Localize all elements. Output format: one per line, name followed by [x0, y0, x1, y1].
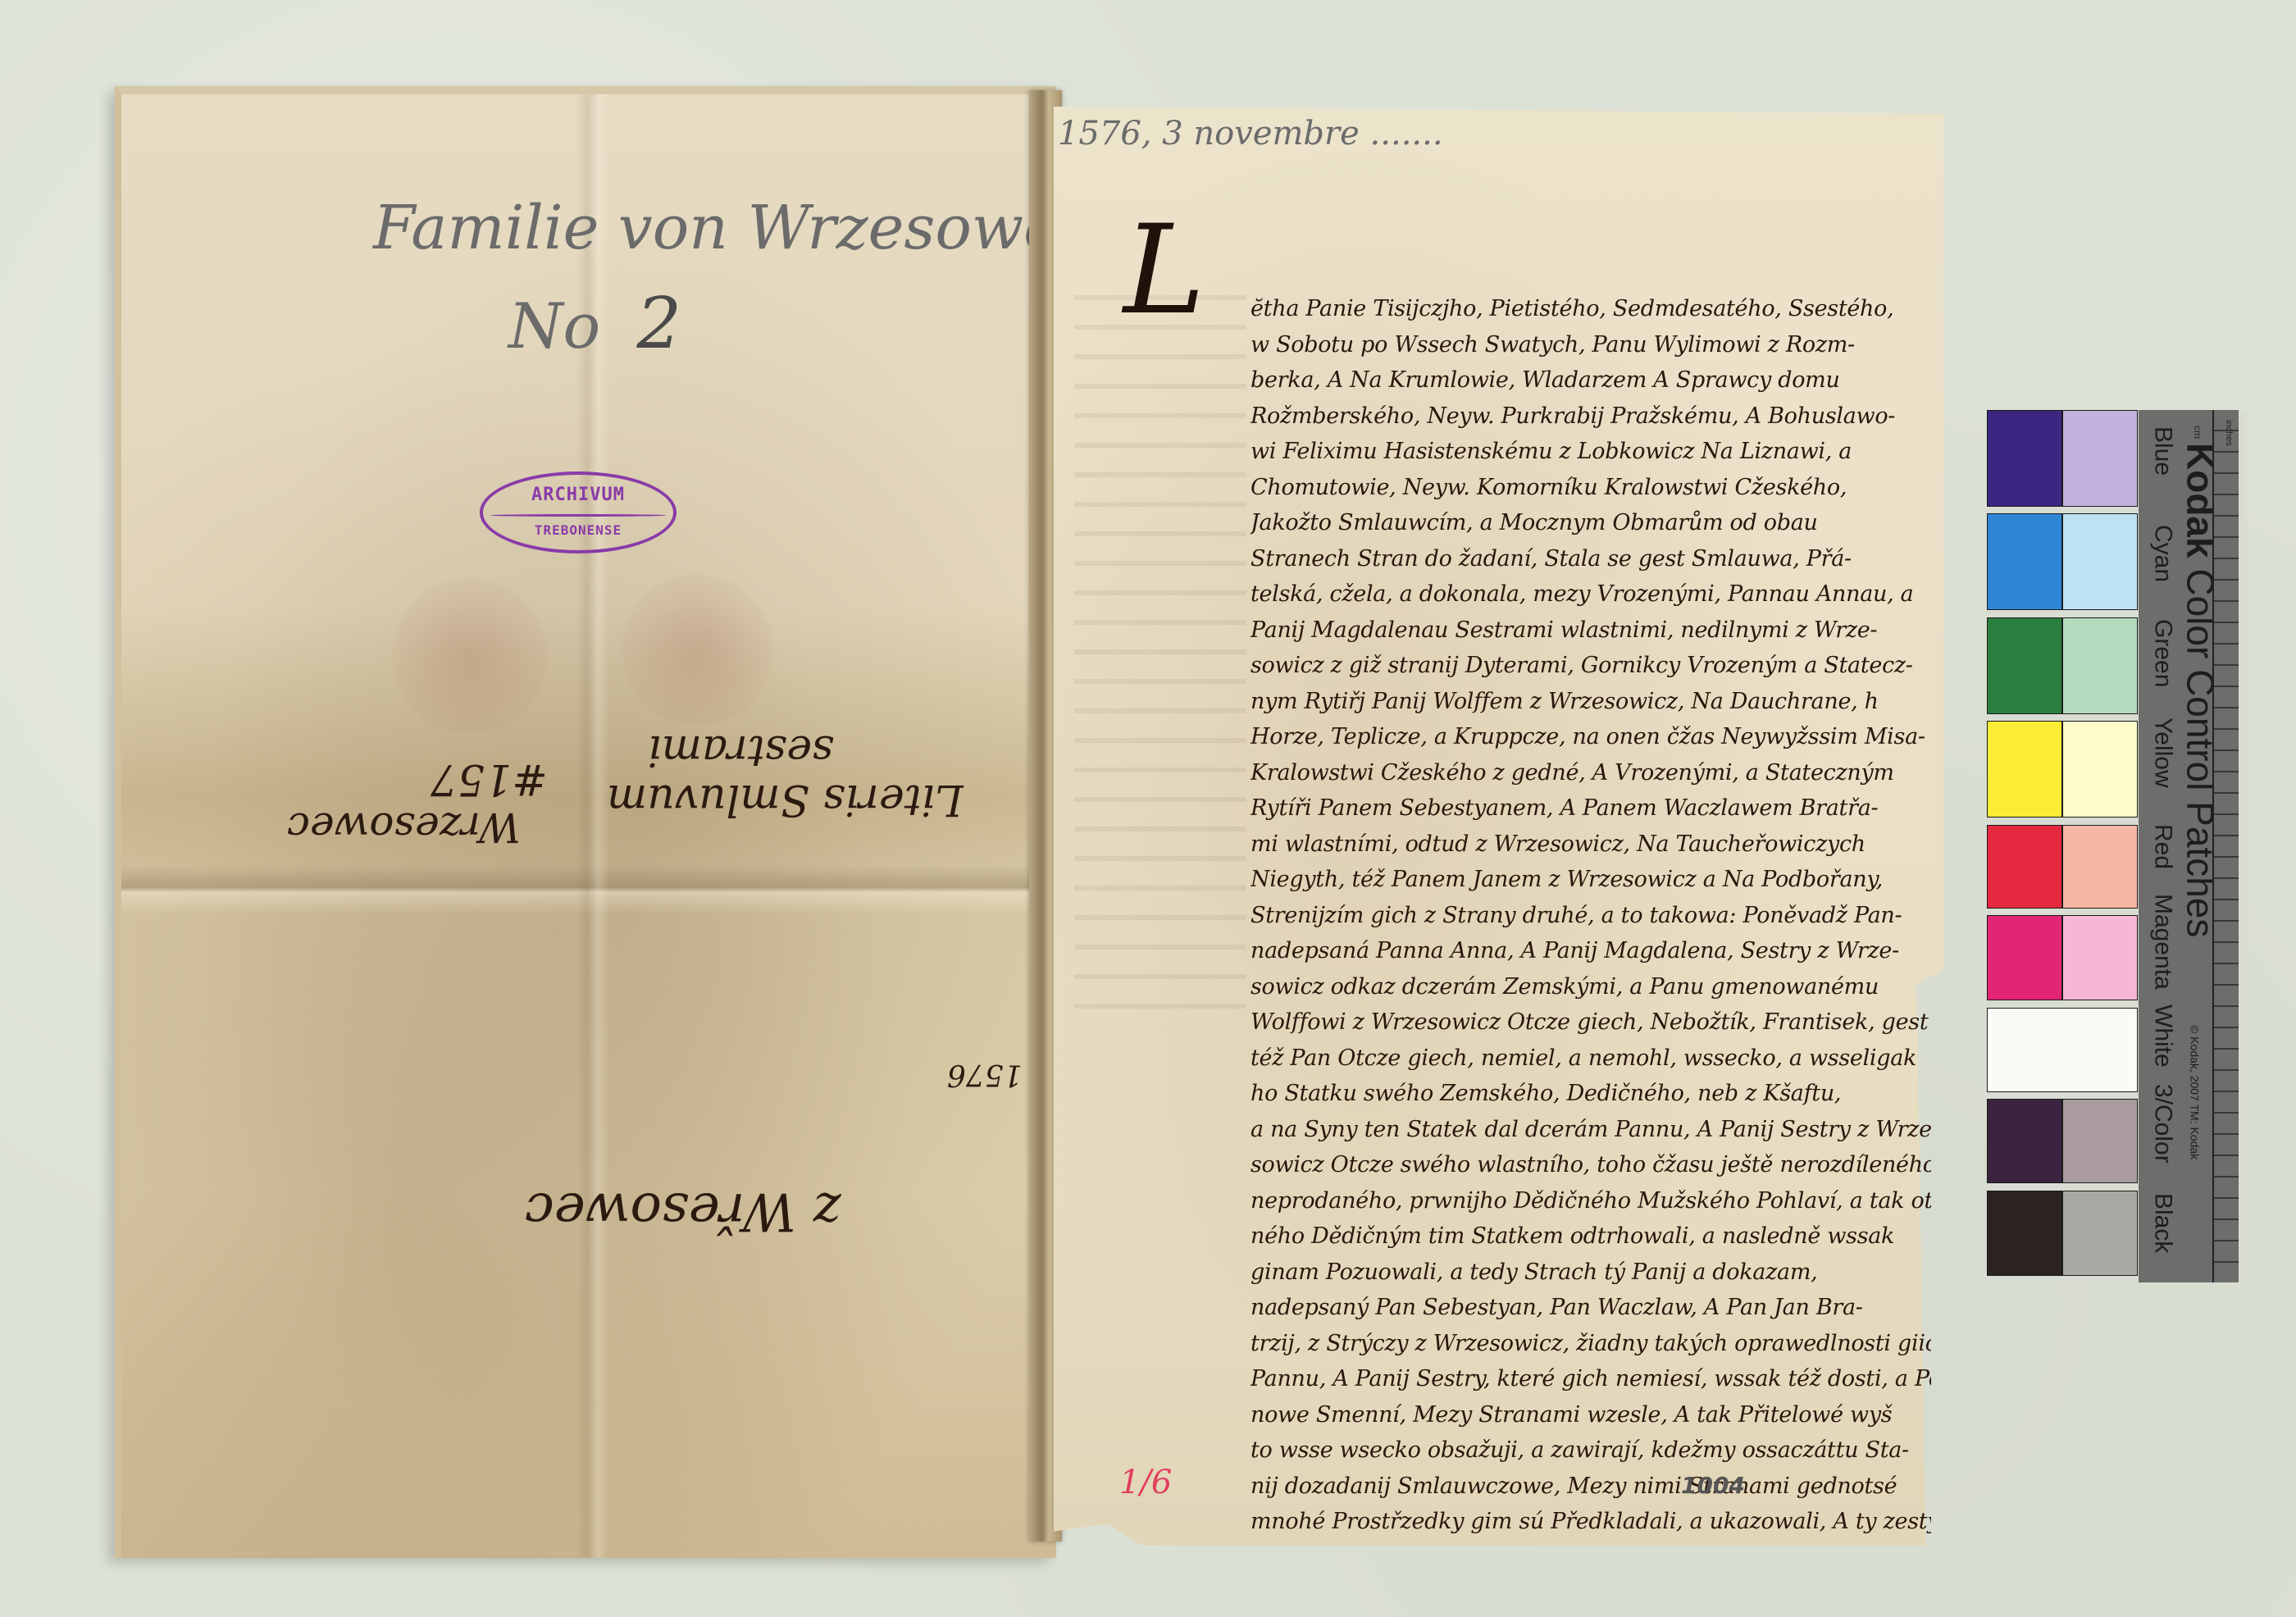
upside-note-ref: #157 [430, 754, 548, 804]
letter-line: Rožmberského, Neyw. Purkrabij Pražskému,… [1250, 399, 1931, 435]
number-label: No [508, 289, 600, 362]
patch-yellow-dark [1987, 721, 2062, 818]
patch-green-dark [1987, 617, 2062, 714]
folder-heading: Familie von Wrzesowecz [373, 193, 1125, 263]
letter-line: ho Statku swého Zemského, Dedičného, neb… [1250, 1076, 1931, 1112]
letter-line: sowicz Otcze swého wlastního, toho čžasu… [1250, 1147, 1931, 1183]
letter-line: trzij, z Strýczy z Wrzesowicz, žiadny ta… [1250, 1326, 1931, 1362]
letter-line: Niegyth, též Panem Janem z Wrzesowicz a … [1250, 862, 1931, 898]
letter-line: ĕtha Panie Tisijczjho, Pietistého, Sedmd… [1250, 291, 1931, 327]
letter-line: nadepsaný Pan Sebestyan, Pan Waczlaw, A … [1250, 1290, 1931, 1326]
letter-line: Stranech Stran do žadaní, Stala se gest … [1250, 541, 1931, 577]
letter-line: nij dozadanij Smlauwczowe, Mezy nimi Str… [1250, 1469, 1931, 1505]
letter-line: Pannu, A Panij Sestry, které gich nemies… [1250, 1361, 1931, 1397]
letter-line: Rytíři Panem Sebestyanem, A Panem Waczla… [1250, 790, 1931, 827]
patch-red-dark [1987, 825, 2062, 909]
letter-line: a na Syny ten Statek dal dcerám Pannu, A… [1250, 1112, 1931, 1148]
stain-right [622, 574, 773, 726]
label-yellow: Yellow [2149, 717, 2177, 788]
upside-note-name: Wrzesowec [287, 804, 521, 851]
patch-cyan-light [2062, 513, 2138, 610]
upside-note-line2: sestrami [648, 726, 834, 775]
upside-note-line1: Literis Smluvum [607, 775, 963, 824]
kodak-copyright: © Kodak, 2007 TM: Kodak [2189, 1025, 2202, 1159]
letter-line: nowe Smenní, Mezy Stranami wzesle, A tak… [1250, 1397, 1931, 1433]
stamp-top-text: ARCHIVUM [483, 485, 673, 505]
stamp-bottom-text: TREBONENSE [483, 522, 673, 538]
ruler-scale: cm inches [2212, 410, 2239, 1282]
ruler-ticks [2214, 410, 2239, 1282]
patch-3color-light [2062, 1099, 2138, 1183]
patch-3color-dark [1987, 1099, 2062, 1183]
patch-green-light [2062, 617, 2138, 714]
label-cyan: Cyan [2149, 525, 2177, 582]
letter-line: wi Feliximu Hasistenskému z Lobkowicz Na… [1250, 434, 1931, 470]
number-value: 2 [636, 283, 681, 365]
letter-line: mnohé Prostřzedky gim sú Předkladali, a … [1250, 1504, 1931, 1540]
letter-line: Panij Magdalenau Sestrami wlastnimi, ned… [1250, 613, 1931, 649]
letter-line: Jakožto Smlauwcím, a Mocznym Obmarům od … [1250, 505, 1931, 541]
date-note: 1576, 3 novembre ....... [1058, 115, 1443, 153]
label-blue: Blue [2149, 426, 2177, 476]
label-green: Green [2149, 619, 2177, 687]
letter-line: sowicz z giž stranij Dyterami, Gornikcy … [1250, 648, 1931, 684]
color-patches [1987, 410, 2139, 1282]
letter-line: nym Rytiřj Panij Wolffem z Wrzesowicz, N… [1250, 684, 1931, 720]
archive-number: 1004 [1681, 1472, 1745, 1499]
letter-line: sowicz odkaz dczerám Zemskými, a Panu gm… [1250, 969, 1931, 1005]
letter-line: ného Dědičným tim Statkem odtrhowali, a … [1250, 1218, 1931, 1255]
letter-line: mi wlastními, odtud z Wrzesowicz, Na Tau… [1250, 827, 1931, 863]
patch-blue-dark [1987, 410, 2062, 507]
archivum-trebonense-stamp: ARCHIVUM TREBONENSE [480, 471, 676, 553]
patch-cyan-dark [1987, 513, 2062, 610]
letter-line: Kralowstwi Cžeského z gedné, A Vrozenými… [1250, 755, 1931, 791]
label-white: White [2149, 1004, 2177, 1068]
ink-bleed-through [1074, 271, 1246, 1009]
label-magenta: Magenta [2149, 894, 2177, 990]
letter-line: nadepsaná Panna Anna, A Panij Magdalena,… [1250, 933, 1931, 969]
letter-line: ginam Pozuowali, a tedy Strach tý Panij … [1250, 1255, 1931, 1291]
upside-signature: z Wřesowec [525, 1181, 840, 1241]
letter-line: též Pan Otcze giech, nemiel, a nemohl, w… [1250, 1041, 1931, 1077]
ruler-cm-label: cm [2192, 426, 2203, 439]
letter-line: to wsse wsecko obsažuji, a zawirají, kde… [1250, 1433, 1931, 1469]
upside-note-year: 1576 [947, 1058, 1023, 1091]
letter-line: Horze, Teplicze, a Kruppcze, na onen čža… [1250, 719, 1931, 755]
label-3color: 3/Color [2149, 1084, 2177, 1164]
decorative-initial: L [1123, 209, 1205, 332]
letter-line: neprodaného, prwnijho Dědičného Mužského… [1250, 1183, 1931, 1219]
label-black: Black [2149, 1193, 2177, 1253]
patch-yellow-light [2062, 721, 2138, 818]
folder-number-label: No 2 [508, 283, 681, 365]
letter-body: ĕtha Panie Tisijczjho, Pietistého, Sedmd… [1250, 291, 1931, 1540]
patch-magenta-dark [1987, 915, 2062, 1000]
kodak-color-card: Kodak Color Control Patches Blue Cyan Gr… [1987, 410, 2247, 1282]
patch-blue-light [2062, 410, 2138, 507]
patch-red-light [2062, 825, 2138, 909]
letter-line: Wolffowi z Wrzesowicz Otcze giech, Nebož… [1250, 1004, 1931, 1041]
patch-magenta-light [2062, 915, 2138, 1000]
letter-line: berka, A Na Krumlowie, Wladarzem A Spraw… [1250, 362, 1931, 399]
letter-line: Strenijzím gich z Strany druhé, a to tak… [1250, 898, 1931, 934]
patch-black-dark [1987, 1191, 2062, 1276]
stamp-divider [490, 514, 667, 517]
patch-labels: Blue Cyan Green Yellow Red Magenta White… [2144, 410, 2177, 1282]
patch-black-light [2062, 1191, 2138, 1276]
letter-line: telská, cžela, a dokonala, mezy Vrozeným… [1250, 576, 1931, 613]
stain-left [392, 578, 548, 734]
label-red: Red [2149, 824, 2177, 869]
letter-line: Chomutowie, Neyw. Komorníku Kralowstwi C… [1250, 470, 1931, 506]
patch-white [1987, 1008, 2138, 1092]
red-folio-mark: 1/6 [1119, 1464, 1172, 1501]
letter-line: w Sobotu po Wssech Swatych, Panu Wylimow… [1250, 327, 1931, 363]
